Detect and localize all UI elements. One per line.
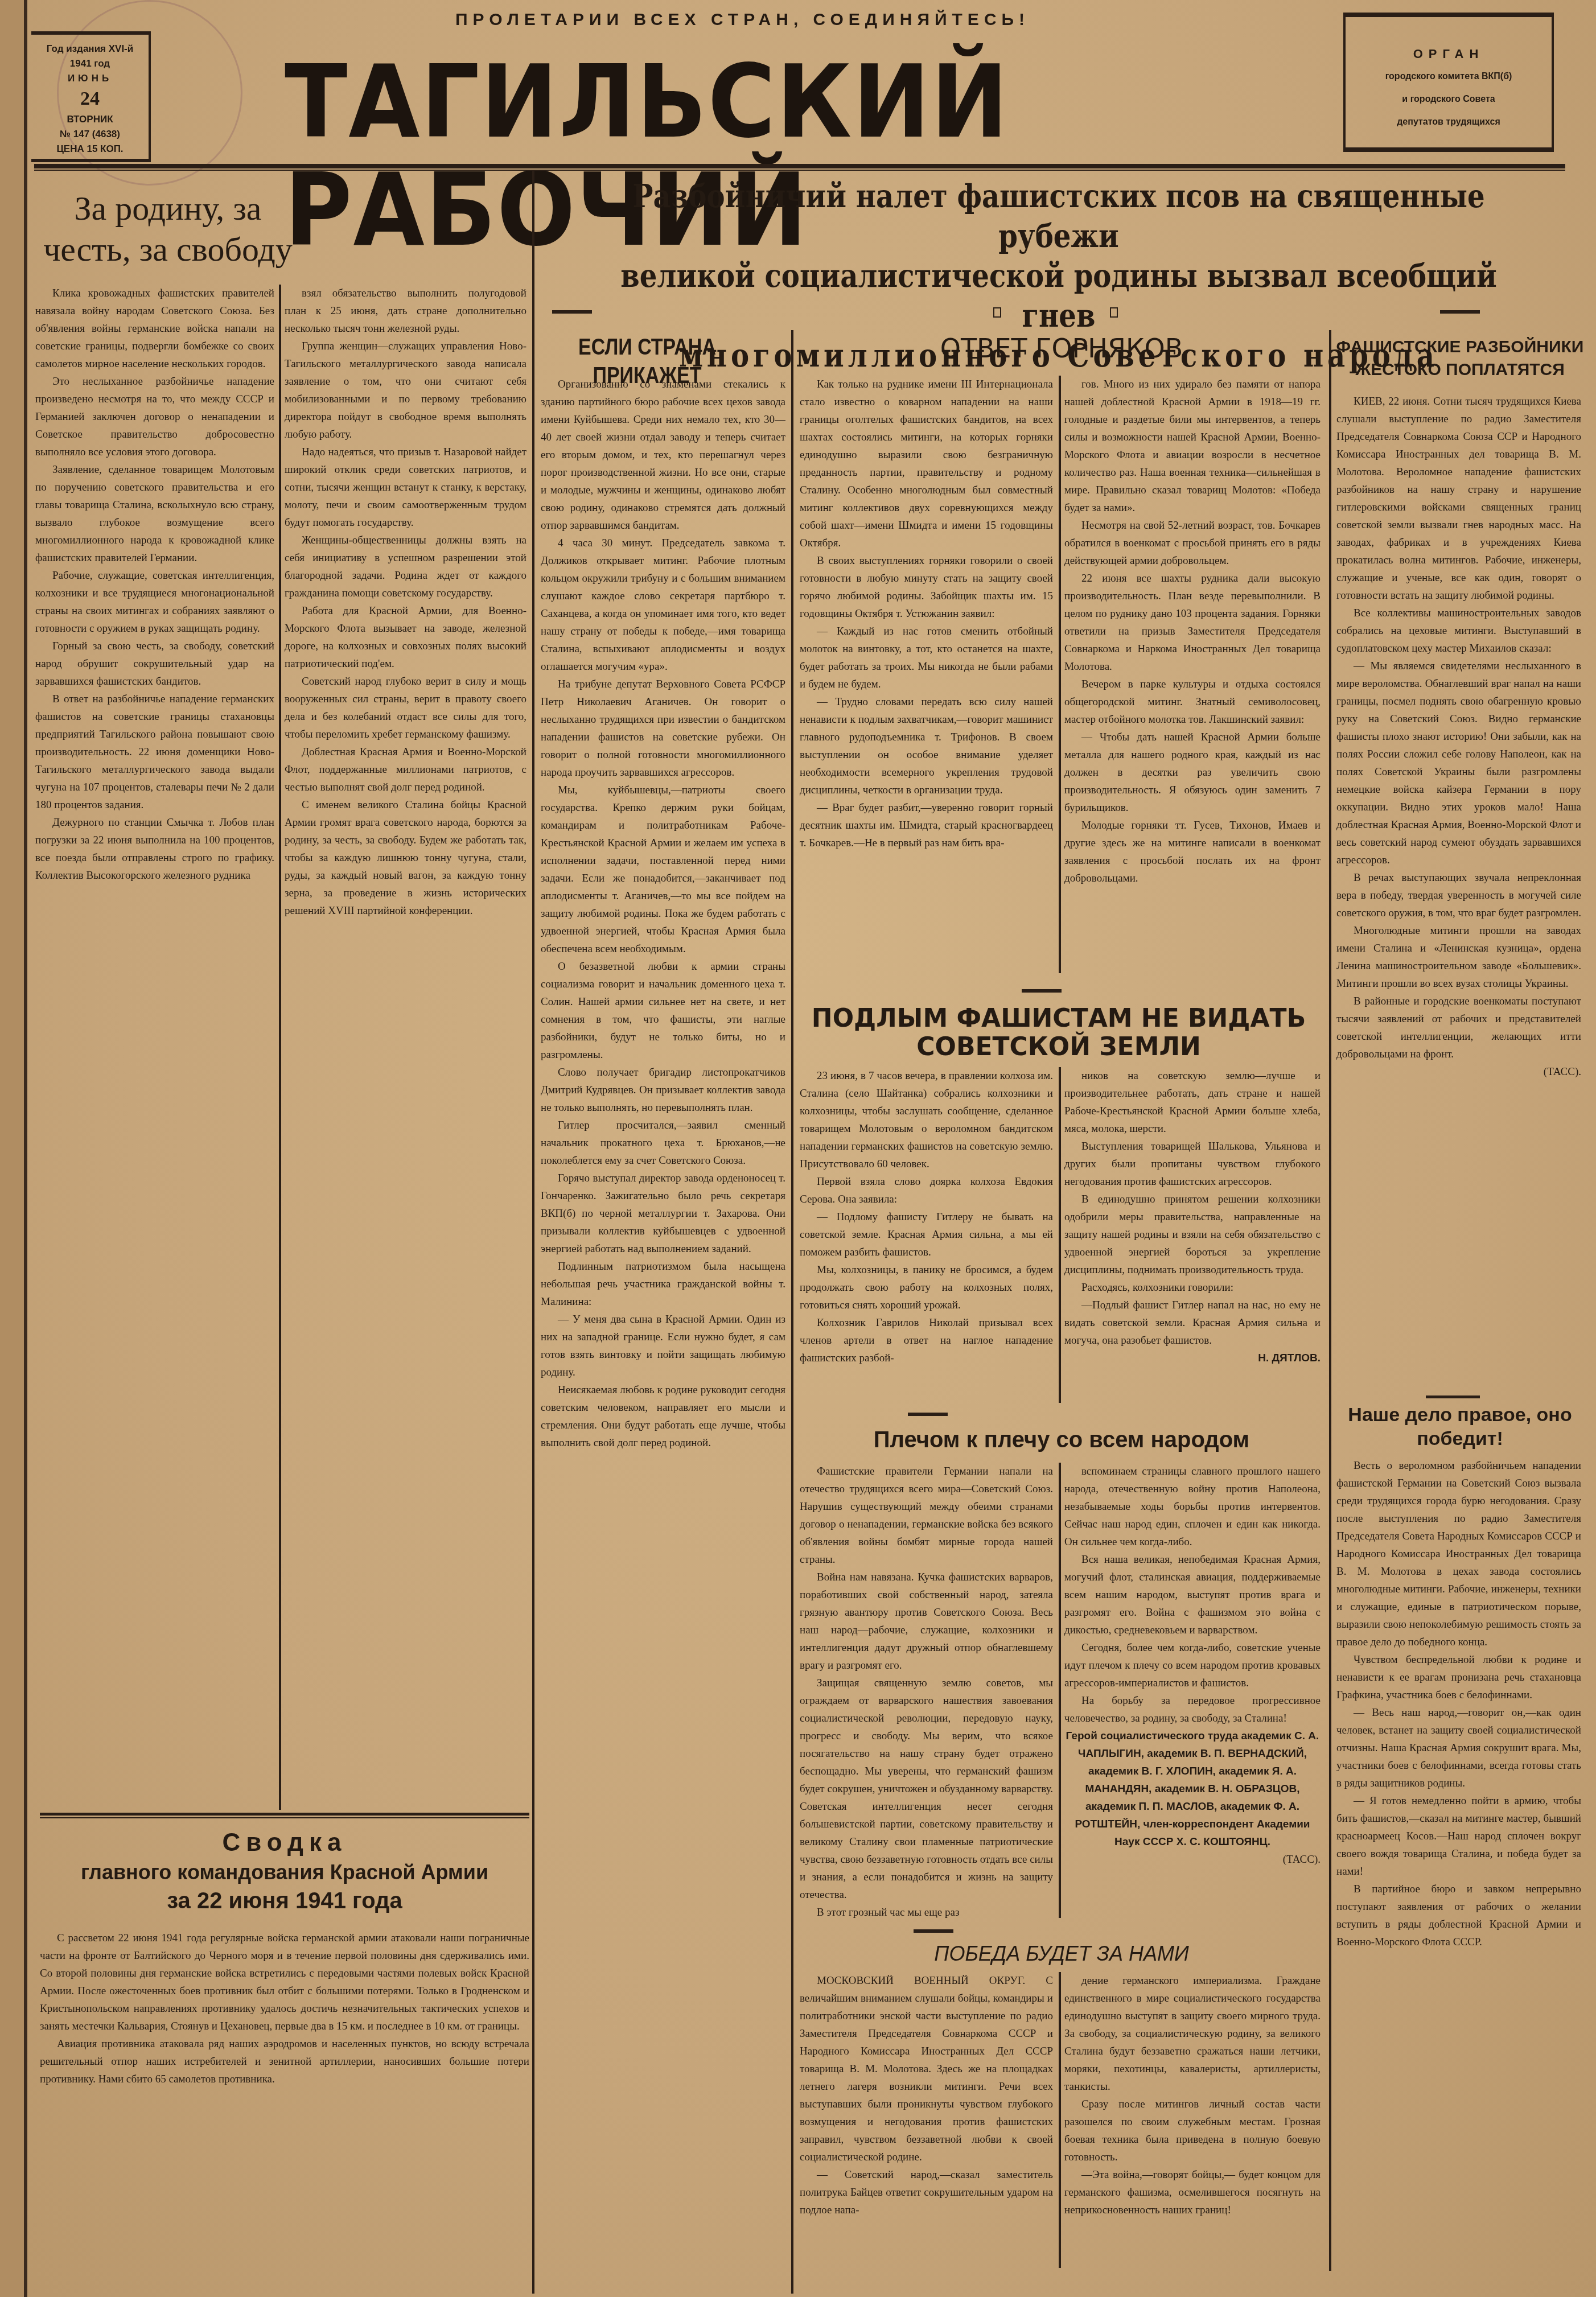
paragraph: В ответ на разбойничье нападение германс… (35, 690, 274, 814)
paragraph: На трибуне депутат Верховного Совета РСФ… (541, 676, 785, 781)
article-plechom-col-1: Фашистские правители Германии напали на … (800, 1463, 1053, 1918)
paragraph: Женщины-общественницы должны взять на се… (285, 532, 526, 602)
column-divider (1059, 1463, 1061, 1918)
paragraph: МОСКОВСКИЙ ВОЕННЫЙ ОКРУГ. С величайшим в… (800, 1972, 1053, 2166)
paragraph: С именем великого Сталина бойцы Красной … (285, 796, 526, 920)
paragraph: Авиация противника атаковала ряд наших а… (40, 2035, 529, 2088)
paragraph: Вся наша великая, непобедимая Красная Ар… (1064, 1551, 1321, 1639)
paragraph: На борьбу за передовое прогрессивное чел… (1064, 1692, 1321, 1727)
paragraph: Советский народ глубоко верит в силу и м… (285, 673, 526, 743)
paragraph: Война нам навязана. Кучка фашистских вар… (800, 1569, 1053, 1674)
newspaper-page: Год издания XVI-й 1941 год ИЮНЬ 24 ВТОРН… (0, 0, 1596, 2297)
column-divider (1329, 330, 1331, 2271)
ornament-square (993, 307, 1001, 318)
article-plechom-col-2: вспоминаем страницы славного прошлого на… (1064, 1463, 1321, 1918)
article-pobeda-col-2: дение германского империализма. Граждане… (1064, 1972, 1321, 2268)
paragraph: Надо надеяться, что призыв т. Назаровой … (285, 443, 526, 532)
svodka-date: за 22 июня 1941 года (40, 1886, 529, 1916)
paragraph: Гитлер просчитался,—заявил сменный начал… (541, 1117, 785, 1170)
paragraph: — У меня два сына в Красной Армии. Один … (541, 1311, 785, 1381)
price: ЦЕНА 15 КОП. (31, 142, 149, 157)
paragraph: — Советский народ,—сказал заместитель по… (800, 2166, 1053, 2219)
paragraph: 22 июня все шахты рудника дали высокую п… (1064, 570, 1321, 676)
separator-dash (908, 1413, 948, 1416)
article-gornyaki-col-1: Как только на руднике имени III Интернац… (800, 376, 1053, 973)
paragraph: дение германского империализма. Граждане… (1064, 1972, 1321, 2096)
article-kiev-headline: ФАШИСТСКИЕ РАЗБОЙНИКИ ЖЕСТОКО ПОПЛАТЯТСЯ (1335, 336, 1585, 381)
svodka-body: С рассветом 22 июня 1941 года регулярные… (40, 1929, 529, 2294)
organ-line-3: депутатов трудящихся (1346, 111, 1552, 134)
motto: ПРОЛЕТАРИИ ВСЕХ СТРАН, СОЕДИНЯЙТЕСЬ! (455, 10, 1298, 30)
paragraph: Работа для Красной Армии, для Военно-Мор… (285, 602, 526, 673)
masthead-rule-thin (34, 170, 1565, 171)
article-gornyaki-col-2: гов. Много из них удирало без памяти от … (1064, 376, 1321, 973)
paragraph: Рабочие, служащие, советская интеллигенц… (35, 567, 274, 637)
article-pobeda-headline: ПОБЕДА БУДЕТ ЗА НАМИ (797, 1941, 1326, 1967)
main-headline-line-2: великой социалистической родины вызвал в… (611, 256, 1507, 336)
binding-edge (0, 0, 27, 2297)
paragraph: Организованно со знаменами стекались к з… (541, 376, 785, 534)
paragraph: В районные и городские военкоматы поступ… (1336, 993, 1581, 1063)
article-nashe-delo-body: Весть о вероломном разбойничьем нападени… (1336, 1457, 1581, 2271)
column-divider (791, 330, 793, 2294)
year: 1941 год (31, 56, 149, 71)
paragraph: Чувством беспредельной любви к родине и … (1336, 1651, 1581, 1704)
paragraph: вспоминаем страницы славного прошлого на… (1064, 1463, 1321, 1551)
paragraph: Подлинным патриотизмом была насыщена неб… (541, 1258, 785, 1311)
paragraph: Фашистские правители Германии напали на … (800, 1463, 1053, 1569)
year-label: Год издания XVI-й (31, 42, 149, 56)
section-divider (532, 171, 534, 2294)
signature: Н. ДЯТЛОВ. (1064, 1349, 1321, 1367)
issue-date-box: Год издания XVI-й 1941 год ИЮНЬ 24 ВТОРН… (31, 31, 151, 162)
paragraph: Несмотря на свой 52-летний возраст, тов.… (1064, 517, 1321, 570)
paragraph: гов. Много из них удирало без памяти от … (1064, 376, 1321, 517)
article-gornyaki-headline: ОТВЕТ ГОРНЯКОВ (797, 333, 1326, 364)
separator-dash (1426, 1396, 1480, 1398)
paragraph: — Каждый из нас готов сменить отбойный м… (800, 623, 1053, 693)
article-plechom-headline: Плечом к плечу со всем народом (797, 1426, 1326, 1454)
paragraph: Клика кровожадных фашистских правителей … (35, 285, 274, 373)
paragraph: 23 июня, в 7 часов вечера, в правлении к… (800, 1067, 1053, 1173)
day: 24 (31, 86, 149, 112)
paragraph: Неисякаемая любовь к родине руководит се… (541, 1381, 785, 1452)
svodka-title: Сводка (40, 1827, 529, 1859)
article-strana-body: Организованно со знаменами стекались к з… (541, 376, 785, 2294)
article-pobeda-col-1: МОСКОВСКИЙ ВОЕННЫЙ ОКРУГ. С величайшим в… (800, 1972, 1053, 2268)
month: ИЮНЬ (31, 71, 149, 86)
separator-dash (914, 1929, 953, 1933)
paragraph: Первой взяла слово доярка колхоза Евдоки… (800, 1173, 1053, 1208)
paragraph: Расходясь, колхозники говорили: (1064, 1279, 1321, 1296)
issue-number: № 147 (4638) (31, 127, 149, 142)
paragraph: Мы, колхозницы, в панику не бросимся, а … (800, 1261, 1053, 1314)
paragraph: Вечером в парке культуры и отдыха состоя… (1064, 676, 1321, 728)
paragraph: ников на советскую землю—лучше и произво… (1064, 1067, 1321, 1138)
paragraph: Это неслыханное разбойничье нападение пр… (35, 373, 274, 461)
paragraph: Дежурного по станции Смычка т. Лобов пла… (35, 814, 274, 884)
article-kiev-body: КИЕВ, 22 июня. Сотни тысяч трудящихся Ки… (1336, 393, 1581, 1360)
column-divider (1059, 1067, 1061, 1403)
paragraph: О безазветной любви к армии страны социа… (541, 958, 785, 1064)
svodka-heading: Сводка главного командования Красной Арм… (40, 1827, 529, 1916)
paragraph: Горный за свою честь, за свободу, советс… (35, 637, 274, 690)
svodka-rule (40, 1813, 529, 1816)
source: (ТАСС). (1064, 1851, 1321, 1868)
column-divider (279, 285, 281, 1810)
paragraph: Как только на руднике имени III Интернац… (800, 376, 1053, 552)
organ-box: ОРГАН городского комитета ВКП(б) и город… (1343, 13, 1554, 152)
paragraph: —Подлый фашист Гитлер напал на нас, но е… (1064, 1296, 1321, 1349)
organ-line-1: городского комитета ВКП(б) (1346, 65, 1552, 88)
paragraph: Слово получает бригадир листопрокатчиков… (541, 1064, 785, 1117)
svodka-rule-thin (40, 1817, 529, 1818)
paragraph: — Чтобы дать нашей Красной Армии больше … (1064, 728, 1321, 817)
paragraph: С рассветом 22 июня 1941 года регулярные… (40, 1929, 529, 2035)
column-divider (1059, 1972, 1061, 2268)
paragraph: взял обязательство выполнить полугодовой… (285, 285, 526, 337)
paragraph: Многолюдные митинги прошли на заводах им… (1336, 922, 1581, 993)
paragraph: Защищая священную землю советов, мы огра… (800, 1674, 1053, 1904)
paragraph: — Враг будет разбит,—уверенно говорит го… (800, 799, 1053, 852)
paragraph: Весть о вероломном разбойничьем нападени… (1336, 1457, 1581, 1651)
weekday: ВТОРНИК (31, 112, 149, 127)
separator-dash (1022, 989, 1062, 993)
paragraph: В своих выступлениях горняки говорили о … (800, 552, 1053, 623)
ornament-square (1110, 307, 1118, 318)
paragraph: Мы, куйбышевцы,—патриоты своего государс… (541, 781, 785, 958)
editorial-column-2: взял обязательство выполнить полугодовой… (285, 285, 526, 1804)
masthead-rule (34, 164, 1565, 168)
paragraph: В единодушно принятом решении колхозники… (1064, 1191, 1321, 1279)
separator-dash (552, 310, 592, 314)
paragraph: —Эта война,—говорят бойцы,— будет концом… (1064, 2166, 1321, 2219)
paragraph: Все коллективы машиностроительных заводо… (1336, 604, 1581, 657)
paragraph: КИЕВ, 22 июня. Сотни тысяч трудящихся Ки… (1336, 393, 1581, 604)
signatories: Герой социалистического труда академик С… (1064, 1727, 1321, 1851)
paragraph: — Мы являемся свидетелями неслыханного в… (1336, 657, 1581, 869)
column-divider (1059, 376, 1061, 973)
paragraph: Выступления товарищей Шалькова, Ульянова… (1064, 1138, 1321, 1191)
separator-dash (1440, 310, 1480, 314)
article-podlym-headline: ПОДЛЫМ ФАШИСТАМ НЕ ВИДАТЬ СОВЕТСКОЙ ЗЕМЛ… (808, 1005, 1309, 1061)
paragraph: В партийное бюро и завком непрерывно пос… (1336, 1880, 1581, 1951)
organ-line-2: и городского Совета (1346, 88, 1552, 111)
paragraph: Колхозник Гаврилов Николай призывал всех… (800, 1314, 1053, 1367)
paragraph: — Я готов немедленно пойти в армию, чтоб… (1336, 1792, 1581, 1880)
paragraph: Доблестная Красная Армия и Военно-Морско… (285, 743, 526, 796)
paragraph: Группа женщин—служащих управления Ново-Т… (285, 337, 526, 443)
paragraph: В этот грозный час мы еще раз (800, 1904, 1053, 1918)
editorial-column-1: Клика кровожадных фашистских правителей … (35, 285, 274, 1804)
paragraph: Сегодня, более чем когда-либо, советские… (1064, 1639, 1321, 1692)
paragraph: — Трудно словами передать всю силу нашей… (800, 693, 1053, 799)
article-podlym-col-1: 23 июня, в 7 часов вечера, в правлении к… (800, 1067, 1053, 1403)
paragraph: Горячо выступал директор завода орденоно… (541, 1170, 785, 1258)
article-nashe-delo-headline: Наше дело правое, оно победит! (1335, 1403, 1585, 1451)
paragraph: Молодые горняки тт. Гусев, Тихонов, Имае… (1064, 817, 1321, 887)
organ-label: ОРГАН (1346, 43, 1552, 65)
paragraph: — Весь наш народ,—говорит он,—как один ч… (1336, 1704, 1581, 1792)
paragraph: 4 часа 30 минут. Председатель завкома т.… (541, 534, 785, 676)
article-podlym-col-2: ников на советскую землю—лучше и произво… (1064, 1067, 1321, 1403)
paragraph: Сразу после митингов личный состав части… (1064, 2096, 1321, 2166)
editorial-headline: За родину, за честь, за свободу (40, 188, 296, 270)
paragraph: — Подлому фашисту Гитлеру не бывать на с… (800, 1208, 1053, 1261)
svodka-subtitle: главного командования Красной Армии (40, 1859, 529, 1886)
paragraph: В речах выступающих звучала непреклонная… (1336, 869, 1581, 922)
main-headline-line-1: Разбойничий налет фашистских псов на свя… (611, 176, 1507, 256)
paragraph: Заявление, сделанное товарищем Молотовым… (35, 461, 274, 567)
source: (ТАСС). (1336, 1063, 1581, 1081)
